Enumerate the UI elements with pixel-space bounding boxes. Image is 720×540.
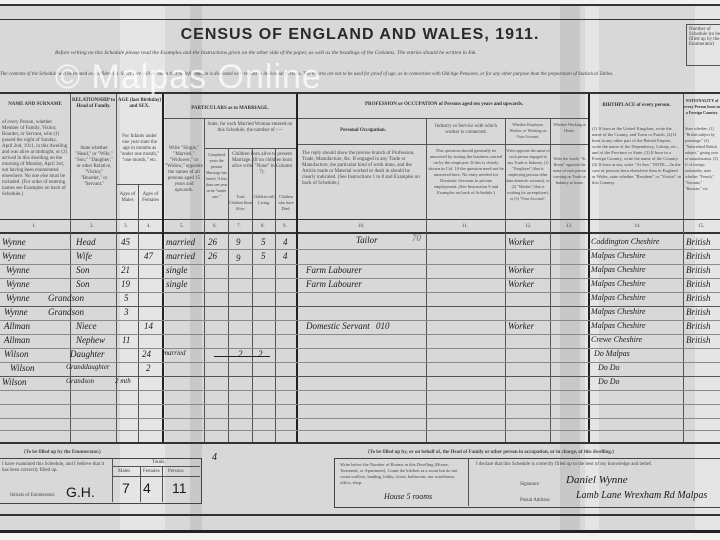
header-nationality: NATIONALITY of every Person born in a Fo…: [684, 98, 720, 116]
header-age-females: Ages of Females: [139, 192, 162, 204]
cell-occupation-code: 010: [376, 321, 390, 331]
cell-nationality: British: [686, 321, 711, 331]
cell-birthplace: Malpas Cheshire: [591, 251, 646, 260]
cell-marriage: single: [166, 279, 188, 289]
cell-employment: Worker: [508, 279, 534, 289]
column-number: 5.: [180, 224, 184, 229]
cell-surname: Wilson: [2, 377, 27, 387]
cell-employment: Worker: [508, 321, 534, 331]
cell-age-male: 21: [121, 265, 130, 275]
cell-nationality: British: [686, 265, 711, 275]
header-industry-desc: This question should generally be answer…: [428, 148, 504, 196]
cell-occupation: Domestic Servant: [306, 321, 370, 331]
header-subrule: [164, 118, 296, 119]
cell-birthplace: Do Do: [598, 363, 620, 372]
footer-rule: [0, 442, 720, 444]
cell-relationship: Daughter: [70, 349, 105, 359]
column-number: 15.: [698, 224, 704, 229]
cell-birthplace: Malpas Cheshire: [591, 321, 646, 330]
head-heading: (To be filled up by, or on behalf of, th…: [368, 450, 614, 455]
header-at-home: Whether Working at Home.: [551, 122, 588, 134]
header-married-women: State, for each Married Woman entered on…: [206, 122, 294, 134]
cell-occupation: Farm Labourer: [306, 265, 362, 275]
totals-divider: [140, 466, 141, 502]
address-label: Postal Address: [520, 498, 550, 503]
head-divider: [468, 458, 469, 506]
cell-children-died: 4: [283, 237, 288, 247]
watermark: © Malpas Online: [55, 58, 322, 97]
header-age-males: Ages of Males: [117, 192, 138, 204]
header-children-total: Total Children Born Alive.: [229, 194, 252, 212]
cell-relationship: Son: [76, 279, 90, 289]
cell-age-male: 11: [122, 335, 130, 345]
column-number: 9.: [283, 224, 287, 229]
cell-children-living: 2: [258, 349, 263, 359]
column-number: 2.: [90, 224, 94, 229]
header-children-living: Children still Living.: [253, 194, 275, 206]
cell-employment: Worker: [508, 237, 534, 247]
header-birthplace: BIRTHPLACE of every person.: [590, 103, 683, 109]
header-personal-occupation: Personal Occupation.: [300, 128, 426, 134]
bottom-rule: [0, 514, 720, 516]
signature-label: Signature: [520, 482, 539, 487]
row-line: [0, 249, 720, 250]
column-number: 7.: [237, 224, 241, 229]
cell-age-female: 14: [144, 321, 153, 331]
cell-marriage: married: [166, 237, 195, 247]
header-subrule: [116, 184, 162, 185]
header-relationship-desc: State whether "Head," or "Wife," "Son," …: [74, 146, 114, 188]
totals-divider: [112, 458, 113, 502]
column-number: 6.: [213, 224, 217, 229]
cell-birthplace: Malpas Cheshire: [591, 307, 646, 316]
totals-females: 4: [143, 480, 151, 496]
top-rule: [0, 19, 720, 20]
enumerator-desc: I have examined this Schedule, and I bel…: [2, 462, 108, 474]
cell-surname: Wilson: [4, 349, 29, 359]
header-personal-desc: The reply should show the precise branch…: [302, 151, 424, 187]
header-at-home-desc: Write the words "At Home" opposite the n…: [551, 156, 588, 186]
header-industry: Industry or Service with which worker is…: [428, 124, 504, 136]
totals-females-label: Females: [143, 469, 160, 474]
cell-nationality: British: [686, 251, 711, 261]
cell-surname: Wynne: [2, 251, 26, 261]
cell-relationship: Son: [76, 265, 90, 275]
totals-persons-label: Persons: [168, 469, 184, 474]
column-number: 10.: [358, 224, 364, 229]
cell-nationality: British: [686, 335, 711, 345]
cell-occupation-code: 70: [412, 233, 421, 243]
cell-relationship: Niece: [76, 321, 97, 331]
schedule-mark: 4: [212, 452, 217, 463]
cell-relationship: Grandson: [66, 377, 94, 385]
cell-age-male: 5: [124, 293, 129, 303]
cell-years-married: 26: [208, 237, 217, 247]
document-title: CENSUS OF ENGLAND AND WALES, 1911.: [0, 26, 720, 44]
header-children-died: Children who have Died.: [276, 194, 296, 212]
cell-nationality: British: [686, 237, 711, 247]
column-number: 13.: [566, 224, 572, 229]
cell-children-total: 2: [238, 349, 243, 359]
header-nationality-desc: State whether: (1) "British subject by p…: [685, 126, 720, 192]
header-name-desc: of every Person, whether Member of Famil…: [2, 120, 68, 198]
signature: Daniel Wynne: [566, 474, 628, 486]
cell-surname: Wilson: [10, 363, 35, 373]
column-number: 8.: [261, 224, 265, 229]
totals-heading: Totals.: [152, 460, 165, 465]
header-profession: PROFESSION or OCCUPATION of Persons aged…: [300, 102, 588, 108]
column-number: 3.: [124, 224, 128, 229]
cell-years-married: 26: [208, 251, 217, 261]
header-birthplace-desc: (1) If born in the United Kingdom, write…: [592, 126, 681, 186]
header-marriage-years: Completed years the present Marriage has…: [205, 152, 228, 200]
totals-rule: [112, 466, 200, 467]
cell-relationship: Grandson: [48, 293, 84, 303]
cell-relationship: Head: [76, 237, 96, 247]
totals-males-label: Males: [118, 469, 130, 474]
cell-children-died: 4: [283, 251, 288, 261]
address: Lamb Lane Wrexham Rd Malpas: [576, 490, 707, 501]
col-divider: [228, 149, 229, 442]
cell-employment: Worker: [508, 265, 534, 275]
col-divider: [275, 149, 276, 442]
cell-relationship: Granddaughter: [66, 363, 110, 371]
cell-surname: Wynne: [2, 237, 26, 247]
census-schedule: CENSUS OF ENGLAND AND WALES, 1911. Befor…: [0, 4, 720, 533]
cell-nationality: British: [686, 307, 711, 317]
row-line: [0, 418, 720, 419]
cell-birthplace: Coddington Cheshire: [591, 237, 659, 246]
cell-children-living: 5: [261, 251, 266, 261]
cell-age-male: 2 mth: [115, 377, 131, 385]
enumerator-initials: G.H.: [66, 484, 95, 500]
body-rule: [0, 232, 720, 234]
column-number: 11.: [462, 224, 468, 229]
totals-rule: [112, 476, 200, 477]
cell-birthplace: Malpas Cheshire: [591, 279, 646, 288]
cell-age-male: 45: [121, 237, 130, 247]
header-name: NAME AND SURNAME: [0, 102, 70, 108]
header-subrule: [298, 144, 588, 145]
cell-birthplace: Do Do: [598, 377, 620, 386]
header-children-born: Children born alive to present Marriage.…: [229, 152, 295, 176]
cell-surname: Allman: [4, 321, 30, 331]
row-line: [0, 430, 720, 431]
header-employment: Whether Employer, Worker, or Working on …: [506, 122, 550, 140]
cell-birthplace: Malpas Cheshire: [591, 265, 646, 274]
enumerator-label: Initials of Enumerator.: [10, 493, 55, 498]
cell-relationship: Nephew: [76, 335, 105, 345]
cell-children-total: 9: [236, 237, 241, 247]
cell-age-male: 3: [124, 307, 129, 317]
col-divider: [252, 149, 253, 442]
cell-birthplace: Malpas Cheshire: [591, 293, 646, 302]
cell-relationship: Wife: [76, 251, 92, 261]
rooms-value: House 5 rooms: [384, 492, 432, 501]
cell-surname: Wynne: [6, 279, 30, 289]
column-number: 14.: [634, 224, 640, 229]
column-number: 1.: [32, 224, 36, 229]
cell-children-living: 5: [261, 237, 266, 247]
cell-age-female: 47: [144, 251, 153, 261]
header-marriage-status: Write "Single," "Married," "Widower," or…: [165, 146, 203, 194]
cell-occupation: Tailor: [356, 235, 378, 245]
header-age: AGE (last Birthday) and SEX.: [117, 98, 162, 110]
totals-divider: [162, 466, 163, 502]
header-marriage: PARTICULARS as to MARRIAGE.: [164, 106, 296, 112]
header-relationship: RELATIONSHIP to Head of Family.: [71, 98, 116, 110]
colnum-rule: [0, 219, 720, 220]
cell-surname: Allman: [4, 335, 30, 345]
cell-birthplace: Do Malpas: [594, 349, 630, 358]
rooms-desc: Write below the Number of Rooms in this …: [340, 462, 464, 486]
cell-marriage: single: [166, 265, 188, 275]
totals-males: 7: [122, 480, 130, 496]
totals-persons: 11: [172, 480, 187, 496]
row-line: [0, 404, 720, 405]
schedule-number-box: Number of Schedule (to be filled up by t…: [686, 24, 720, 66]
column-number: 4.: [147, 224, 151, 229]
cell-nationality: British: [686, 279, 711, 289]
cell-surname: Wynne: [4, 307, 28, 317]
header-employment-desc: Write opposite the name of each person e…: [506, 148, 550, 202]
instruction-line-1: Before writing on this Schedule please r…: [55, 50, 477, 56]
header-age-desc: For Infants under one year state the age…: [119, 134, 160, 164]
cell-children-total: 9: [236, 253, 241, 263]
row-line: [0, 390, 720, 391]
header-subrule: [298, 118, 588, 119]
declaration: I declare that this Schedule is correctl…: [476, 462, 652, 467]
cell-birthplace: Crewe Cheshire: [591, 335, 642, 344]
cell-marriage: married: [166, 251, 195, 261]
cell-surname: Wynne: [6, 293, 30, 303]
cell-nationality: British: [686, 293, 711, 303]
cell-age-female: 24: [142, 349, 151, 359]
cell-surname: Wynne: [6, 265, 30, 275]
cell-relationship: Grandson: [48, 307, 84, 317]
header-subrule: [205, 148, 296, 149]
cell-occupation: Farm Labourer: [306, 279, 362, 289]
enumerator-heading: (To be filled up by the Enumerator.): [24, 450, 101, 455]
column-number: 12.: [525, 224, 531, 229]
col-divider: [426, 119, 427, 442]
cell-marriage: married: [163, 349, 186, 357]
cell-age-male: 19: [121, 279, 130, 289]
cell-age-female: 2: [146, 363, 151, 373]
